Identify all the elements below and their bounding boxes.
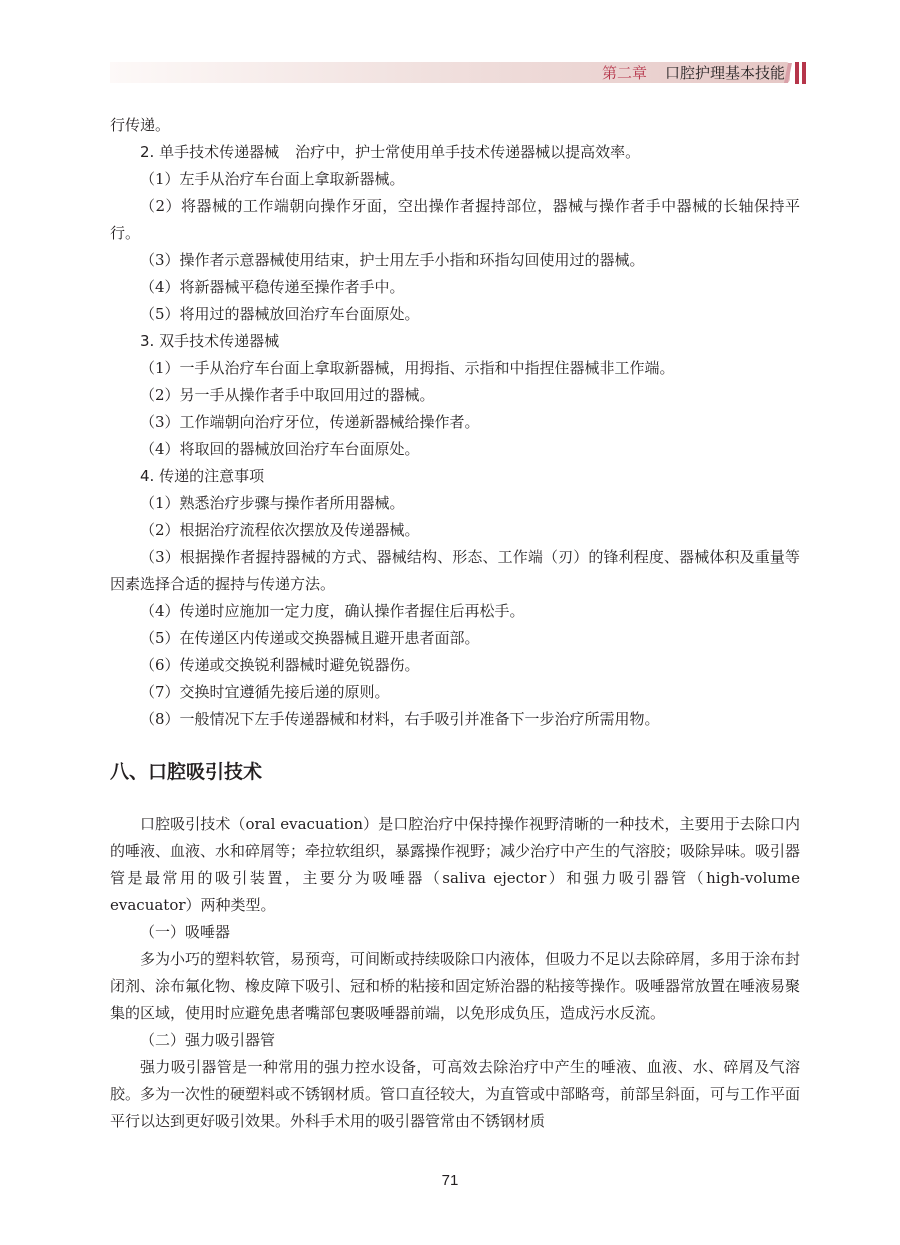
list-item: （1）左手从治疗车台面上拿取新器械。	[110, 166, 800, 193]
page-number: 71	[0, 1172, 900, 1189]
list-item: （8）一般情况下左手传递器械和材料，右手吸引并准备下一步治疗所需用物。	[110, 706, 800, 733]
running-header: 第二章口腔护理基本技能	[602, 63, 785, 83]
list-item: （6）传递或交换锐利器械时避免锐器伤。	[110, 652, 800, 679]
list-item: （3）根据操作者握持器械的方式、器械结构、形态、工作端（刃）的锋利程度、器械体积…	[110, 544, 800, 598]
list-item: （2）将器械的工作端朝向操作牙面，空出操作者握持部位，器械与操作者手中器械的长轴…	[110, 193, 800, 247]
subsection-heading: 4. 传递的注意事项	[110, 463, 800, 490]
list-item: （3）操作者示意器械使用结束，护士用左手小指和环指勾回使用过的器械。	[110, 247, 800, 274]
paragraph: 多为小巧的塑料软管，易预弯，可间断或持续吸除口内液体，但吸力不足以去除碎屑，多用…	[110, 946, 800, 1027]
continuation-paragraph: 行传递。	[110, 112, 800, 139]
chapter-number: 第二章	[602, 64, 647, 82]
subsection-intro: 治疗中，护士常使用单手技术传递器械以提高效率。	[295, 143, 640, 161]
list-item: （2）另一手从操作者手中取回用过的器械。	[110, 382, 800, 409]
header-stripes-decoration	[783, 59, 809, 85]
list-item: （4）将新器械平稳传递至操作者手中。	[110, 274, 800, 301]
list-item: （5）在传递区内传递或交换器械且避开患者面部。	[110, 625, 800, 652]
list-item: （1）一手从治疗车台面上拿取新器械，用拇指、示指和中指捏住器械非工作端。	[110, 355, 800, 382]
chapter-title: 口腔护理基本技能	[665, 64, 785, 82]
list-item: （2）根据治疗流程依次摆放及传递器械。	[110, 517, 800, 544]
subsection-heading: （二）强力吸引器管	[110, 1027, 800, 1054]
paragraph: 强力吸引器管是一种常用的强力控水设备，可高效去除治疗中产生的唾液、血液、水、碎屑…	[110, 1054, 800, 1135]
page-body: 行传递。 2. 单手技术传递器械治疗中，护士常使用单手技术传递器械以提高效率。 …	[110, 112, 800, 1135]
section-intro: 口腔吸引技术（oral evacuation）是口腔治疗中保持操作视野清晰的一种…	[110, 811, 800, 919]
subsection-2: 2. 单手技术传递器械治疗中，护士常使用单手技术传递器械以提高效率。	[110, 139, 800, 166]
list-item: （4）将取回的器械放回治疗车台面原处。	[110, 436, 800, 463]
subsection-heading: （一）吸唾器	[110, 919, 800, 946]
list-item: （5）将用过的器械放回治疗车台面原处。	[110, 301, 800, 328]
list-item: （4）传递时应施加一定力度，确认操作者握住后再松手。	[110, 598, 800, 625]
list-item: （7）交换时宜遵循先接后递的原则。	[110, 679, 800, 706]
subsection-heading: 2. 单手技术传递器械	[140, 143, 279, 161]
subsection-heading: 3. 双手技术传递器械	[110, 328, 800, 355]
list-item: （1）熟悉治疗步骤与操作者所用器械。	[110, 490, 800, 517]
list-item: （3）工作端朝向治疗牙位，传递新器械给操作者。	[110, 409, 800, 436]
section-title: 八、口腔吸引技术	[110, 757, 800, 787]
